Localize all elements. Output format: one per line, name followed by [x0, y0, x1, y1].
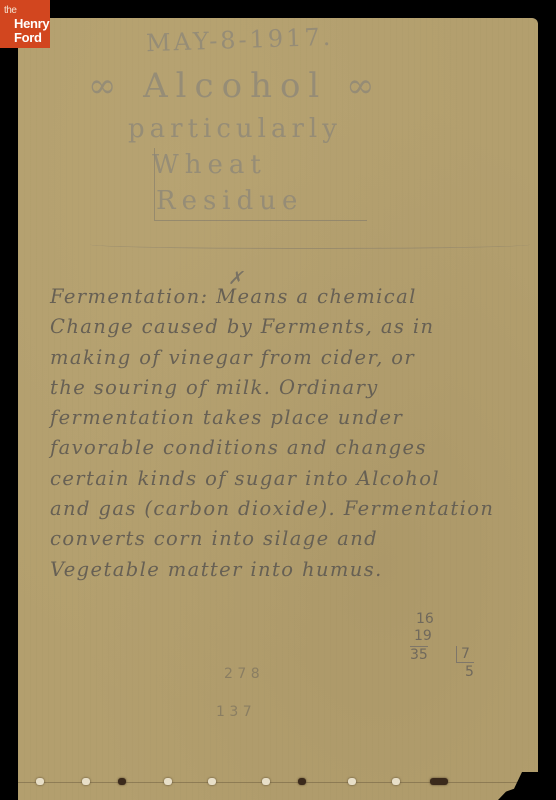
binding-hole	[36, 778, 44, 785]
logo-ford: Ford	[14, 30, 42, 45]
binding-hole	[348, 778, 356, 785]
henry-ford-logo: the Henry Ford	[0, 0, 50, 48]
subheading-wheat: Wheat	[152, 150, 267, 180]
calc-divisor: 7	[456, 646, 474, 663]
body-line: and gas (carbon dioxide). Fermentation	[50, 494, 540, 524]
handwritten-body: Fermentation: Means a chemical Change ca…	[50, 282, 540, 585]
binding-hole	[208, 778, 216, 785]
calc-addend-1: 16	[416, 611, 434, 627]
binding-hole	[164, 778, 172, 785]
calc-addend-2: 19	[414, 628, 432, 644]
subheading-residue: Residue	[156, 186, 303, 216]
body-line: making of vinegar from cider, or	[50, 343, 540, 373]
calc-sum: 35	[410, 646, 428, 663]
body-line: converts corn into silage and	[50, 524, 540, 554]
body-line: Change caused by Ferments, as in	[50, 312, 540, 342]
body-line: Fermentation: Means a chemical	[50, 282, 540, 312]
logo-henry: Henry	[14, 16, 49, 31]
logo-the: the	[4, 5, 16, 16]
binding-hole	[298, 778, 306, 785]
pencil-divider-line	[90, 240, 530, 249]
binding-hole	[392, 778, 400, 785]
margin-number-upper: 2 7 8	[224, 666, 260, 682]
binding-holes	[18, 770, 538, 800]
binding-hole	[118, 778, 126, 785]
body-line: favorable conditions and changes	[50, 433, 540, 463]
margin-number-lower: 1 3 7	[216, 704, 252, 720]
body-line: Vegetable matter into humus.	[50, 555, 540, 585]
calc-result: 5	[465, 664, 474, 680]
body-line: certain kinds of sugar into Alcohol	[50, 464, 540, 494]
subheading-particularly: particularly	[128, 114, 342, 144]
binding-hole	[430, 778, 448, 785]
document-heading: ∞ Alcohol ∞	[88, 66, 382, 106]
body-line: the souring of milk. Ordinary	[50, 373, 540, 403]
binding-hole	[262, 778, 270, 785]
binding-hole	[82, 778, 90, 785]
body-line: fermentation takes place under	[50, 403, 540, 433]
